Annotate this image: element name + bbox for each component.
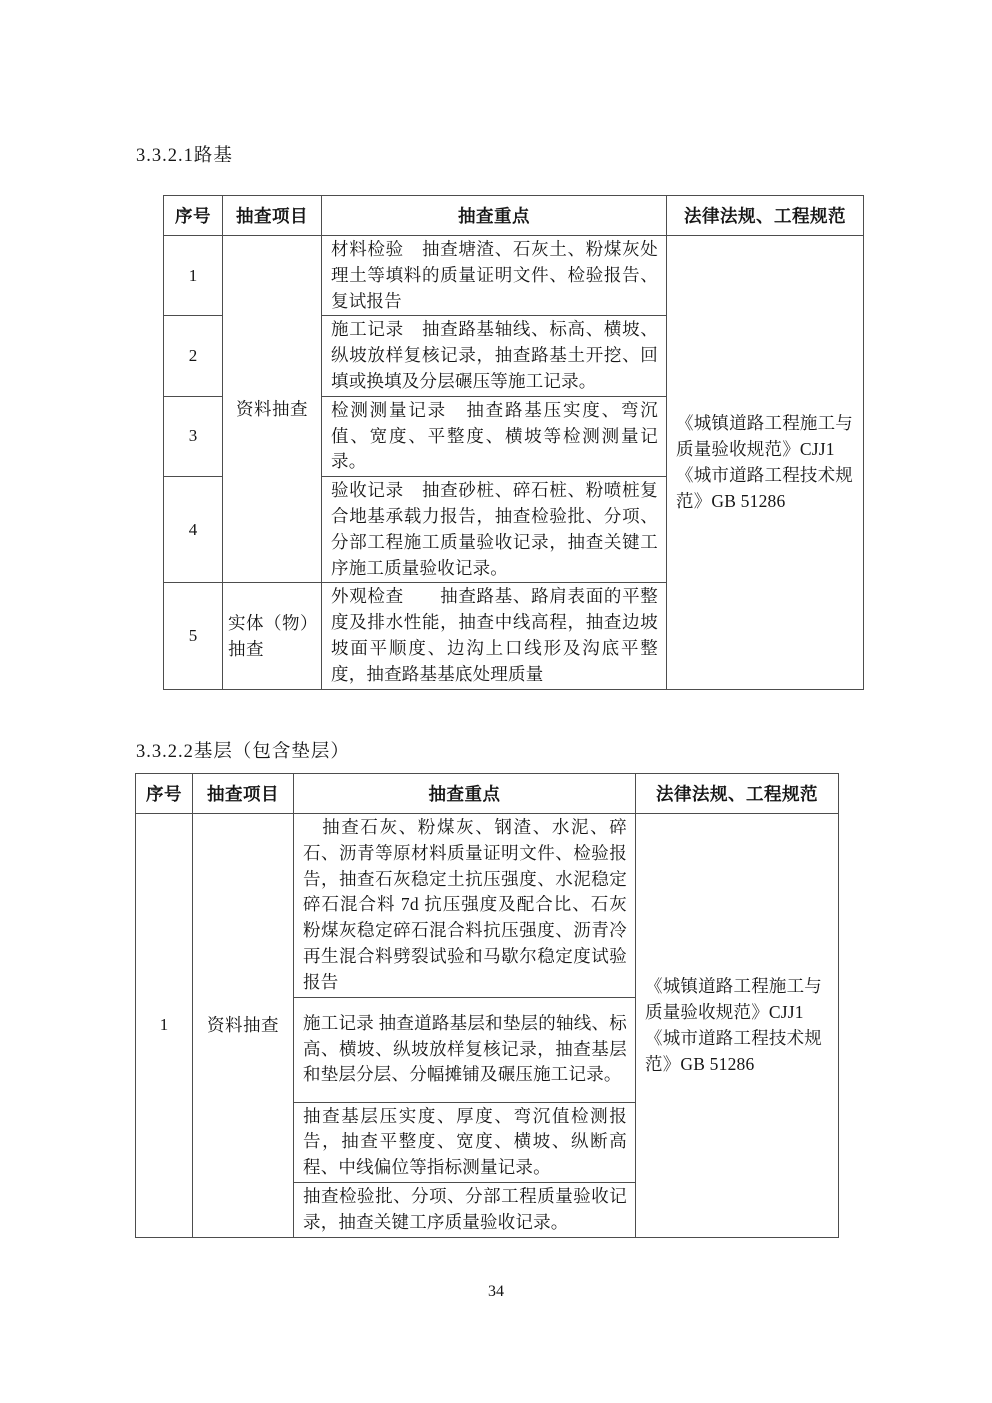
focus-cell-test-reports: 抽查基层压实度、厚度、弯沉值检测报告，抽查平整度、宽度、横坡、纵断高程、中线偏位… [294, 1102, 636, 1182]
item-cell-data-review: 资料抽查 [193, 814, 294, 1238]
focus-cell-acceptance-records: 抽查检验批、分项、分部工程质量验收记录，抽查关键工序质量验收记录。 [294, 1182, 636, 1237]
law-reference: 《城镇道路工程施工与质量验收规范》CJJ1 [676, 410, 857, 462]
document-page: 3.3.2.1路基 序号 抽查项目 抽查重点 法律法规、工程规范 1 资料抽查 … [0, 0, 992, 1403]
law-reference: 《城市道路工程技术规范》GB 51286 [676, 462, 857, 514]
law-cell: 《城镇道路工程施工与质量验收规范》CJJ1 《城市道路工程技术规范》GB 512… [667, 236, 864, 690]
focus-cell-construction-records: 施工记录 抽查道路基层和垫层的轴线、标高、横坡、纵坡放样复核记录，抽查基层和垫层… [294, 997, 636, 1102]
law-cell: 《城镇道路工程施工与质量验收规范》CJJ1 《城市道路工程技术规范》GB 512… [636, 814, 839, 1238]
page-number: 34 [0, 1283, 992, 1301]
table-row: 1 资料抽查 材料检验 抽查塘渣、石灰土、粉煤灰处理土等填料的质量证明文件、检验… [164, 236, 864, 316]
col-header-law: 法律法规、工程规范 [636, 774, 839, 814]
seq-cell: 4 [164, 477, 223, 583]
table-header-row: 序号 抽查项目 抽查重点 法律法规、工程规范 [136, 774, 839, 814]
seq-cell: 1 [164, 236, 223, 316]
col-header-seq: 序号 [164, 196, 223, 236]
table-row: 1 资料抽查 抽查石灰、粉煤灰、钢渣、水泥、碎石、沥青等原材料质量证明文件、检验… [136, 814, 839, 998]
item-cell-physical-review: 实体（物）抽查 [223, 583, 322, 689]
focus-cell: 材料检验 抽查塘渣、石灰土、粉煤灰处理土等填料的质量证明文件、检验报告、复试报告 [322, 236, 667, 316]
base-course-spotcheck-table: 序号 抽查项目 抽查重点 法律法规、工程规范 1 资料抽查 抽查石灰、粉煤灰、钢… [135, 773, 839, 1238]
seq-cell: 2 [164, 316, 223, 396]
col-header-focus: 抽查重点 [322, 196, 667, 236]
table-header-row: 序号 抽查项目 抽查重点 法律法规、工程规范 [164, 196, 864, 236]
law-reference: 《城市道路工程技术规范》GB 51286 [645, 1025, 832, 1077]
item-cell-data-review: 资料抽查 [223, 236, 322, 583]
seq-cell: 5 [164, 583, 223, 689]
seq-cell: 1 [136, 814, 193, 1238]
col-header-law: 法律法规、工程规范 [667, 196, 864, 236]
focus-cell: 外观检查 抽查路基、路肩表面的平整度及排水性能，抽查中线高程，抽查边坡坡面平顺度… [322, 583, 667, 689]
focus-cell-materials: 抽查石灰、粉煤灰、钢渣、水泥、碎石、沥青等原材料质量证明文件、检验报告，抽查石灰… [294, 814, 636, 998]
section-heading-roadbed: 3.3.2.1路基 [136, 144, 233, 168]
seq-cell: 3 [164, 396, 223, 476]
col-header-focus: 抽查重点 [294, 774, 636, 814]
law-reference: 《城镇道路工程施工与质量验收规范》CJJ1 [645, 973, 832, 1025]
focus-cell: 验收记录 抽查砂桩、碎石桩、粉喷桩复合地基承载力报告，抽查检验批、分项、分部工程… [322, 477, 667, 583]
roadbed-spotcheck-table: 序号 抽查项目 抽查重点 法律法规、工程规范 1 资料抽查 材料检验 抽查塘渣、… [163, 195, 864, 690]
col-header-seq: 序号 [136, 774, 193, 814]
col-header-item: 抽查项目 [193, 774, 294, 814]
focus-cell: 检测测量记录 抽查路基压实度、弯沉值、宽度、平整度、横坡等检测测量记录。 [322, 396, 667, 476]
section-heading-base-course: 3.3.2.2基层（包含垫层） [136, 740, 350, 764]
focus-cell: 施工记录 抽查路基轴线、标高、横坡、纵坡放样复核记录，抽查路基土开挖、回填或换填… [322, 316, 667, 396]
col-header-item: 抽查项目 [223, 196, 322, 236]
